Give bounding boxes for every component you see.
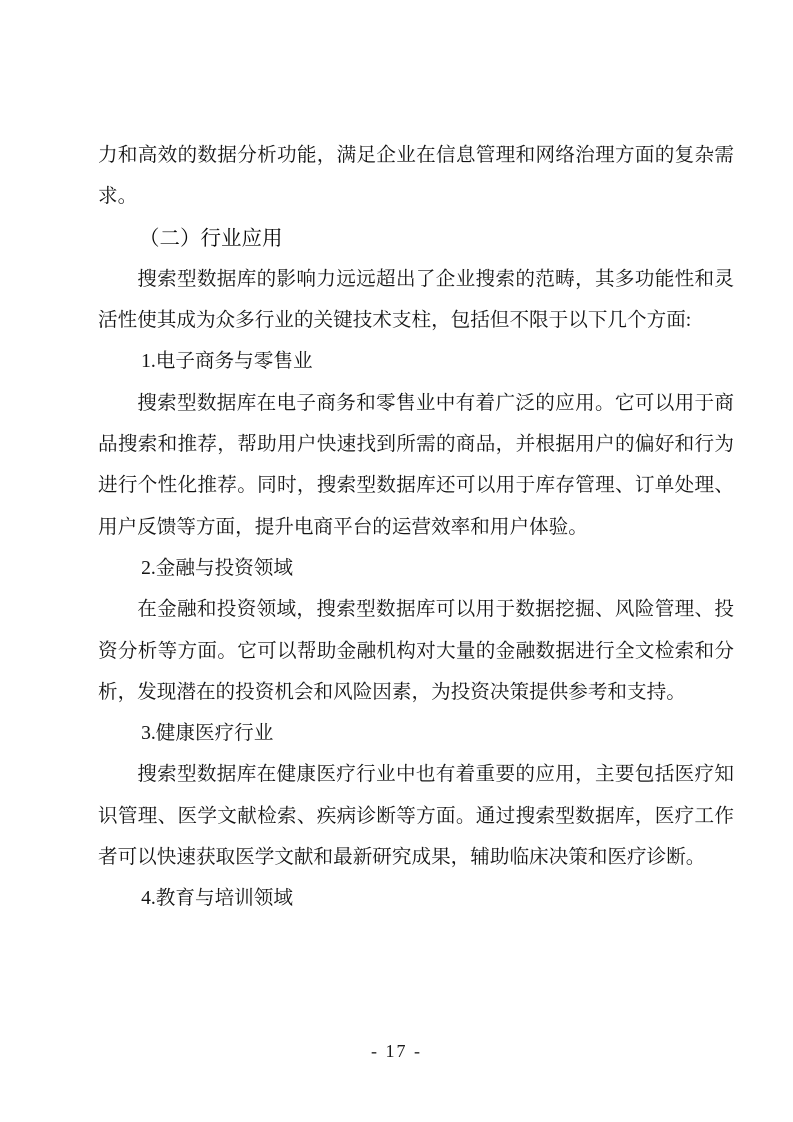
intro-paragraph: 搜索型数据库的影响力远远超出了企业搜索的范畴，其多功能性和灵活性使其成为众多行业… [98, 259, 734, 342]
subsection-heading-education: 4.教育与培训领域 [98, 878, 734, 919]
subsection-body-finance: 在金融和投资领域，搜索型数据库可以用于数据挖掘、风险管理、投资分析等方面。它可以… [98, 589, 734, 713]
subsection-body-healthcare: 搜索型数据库在健康医疗行业中也有着重要的应用，主要包括医疗知识管理、医学文献检索… [98, 754, 734, 878]
section-heading: （二）行业应用 [98, 218, 734, 259]
page-number: - 17 - [0, 1041, 793, 1062]
continuation-paragraph: 力和高效的数据分析功能，满足企业在信息管理和网络治理方面的复杂需求。 [98, 135, 734, 218]
subsection-body-ecommerce: 搜索型数据库在电子商务和零售业中有着广泛的应用。它可以用于商品搜索和推荐，帮助用… [98, 383, 734, 548]
subsection-heading-healthcare: 3.健康医疗行业 [98, 713, 734, 754]
document-page: 力和高效的数据分析功能，满足企业在信息管理和网络治理方面的复杂需求。 （二）行业… [0, 0, 793, 1122]
subsection-heading-ecommerce: 1.电子商务与零售业 [98, 341, 734, 382]
page-content: 力和高效的数据分析功能，满足企业在信息管理和网络治理方面的复杂需求。 （二）行业… [98, 135, 734, 920]
subsection-heading-finance: 2.金融与投资领域 [98, 548, 734, 589]
